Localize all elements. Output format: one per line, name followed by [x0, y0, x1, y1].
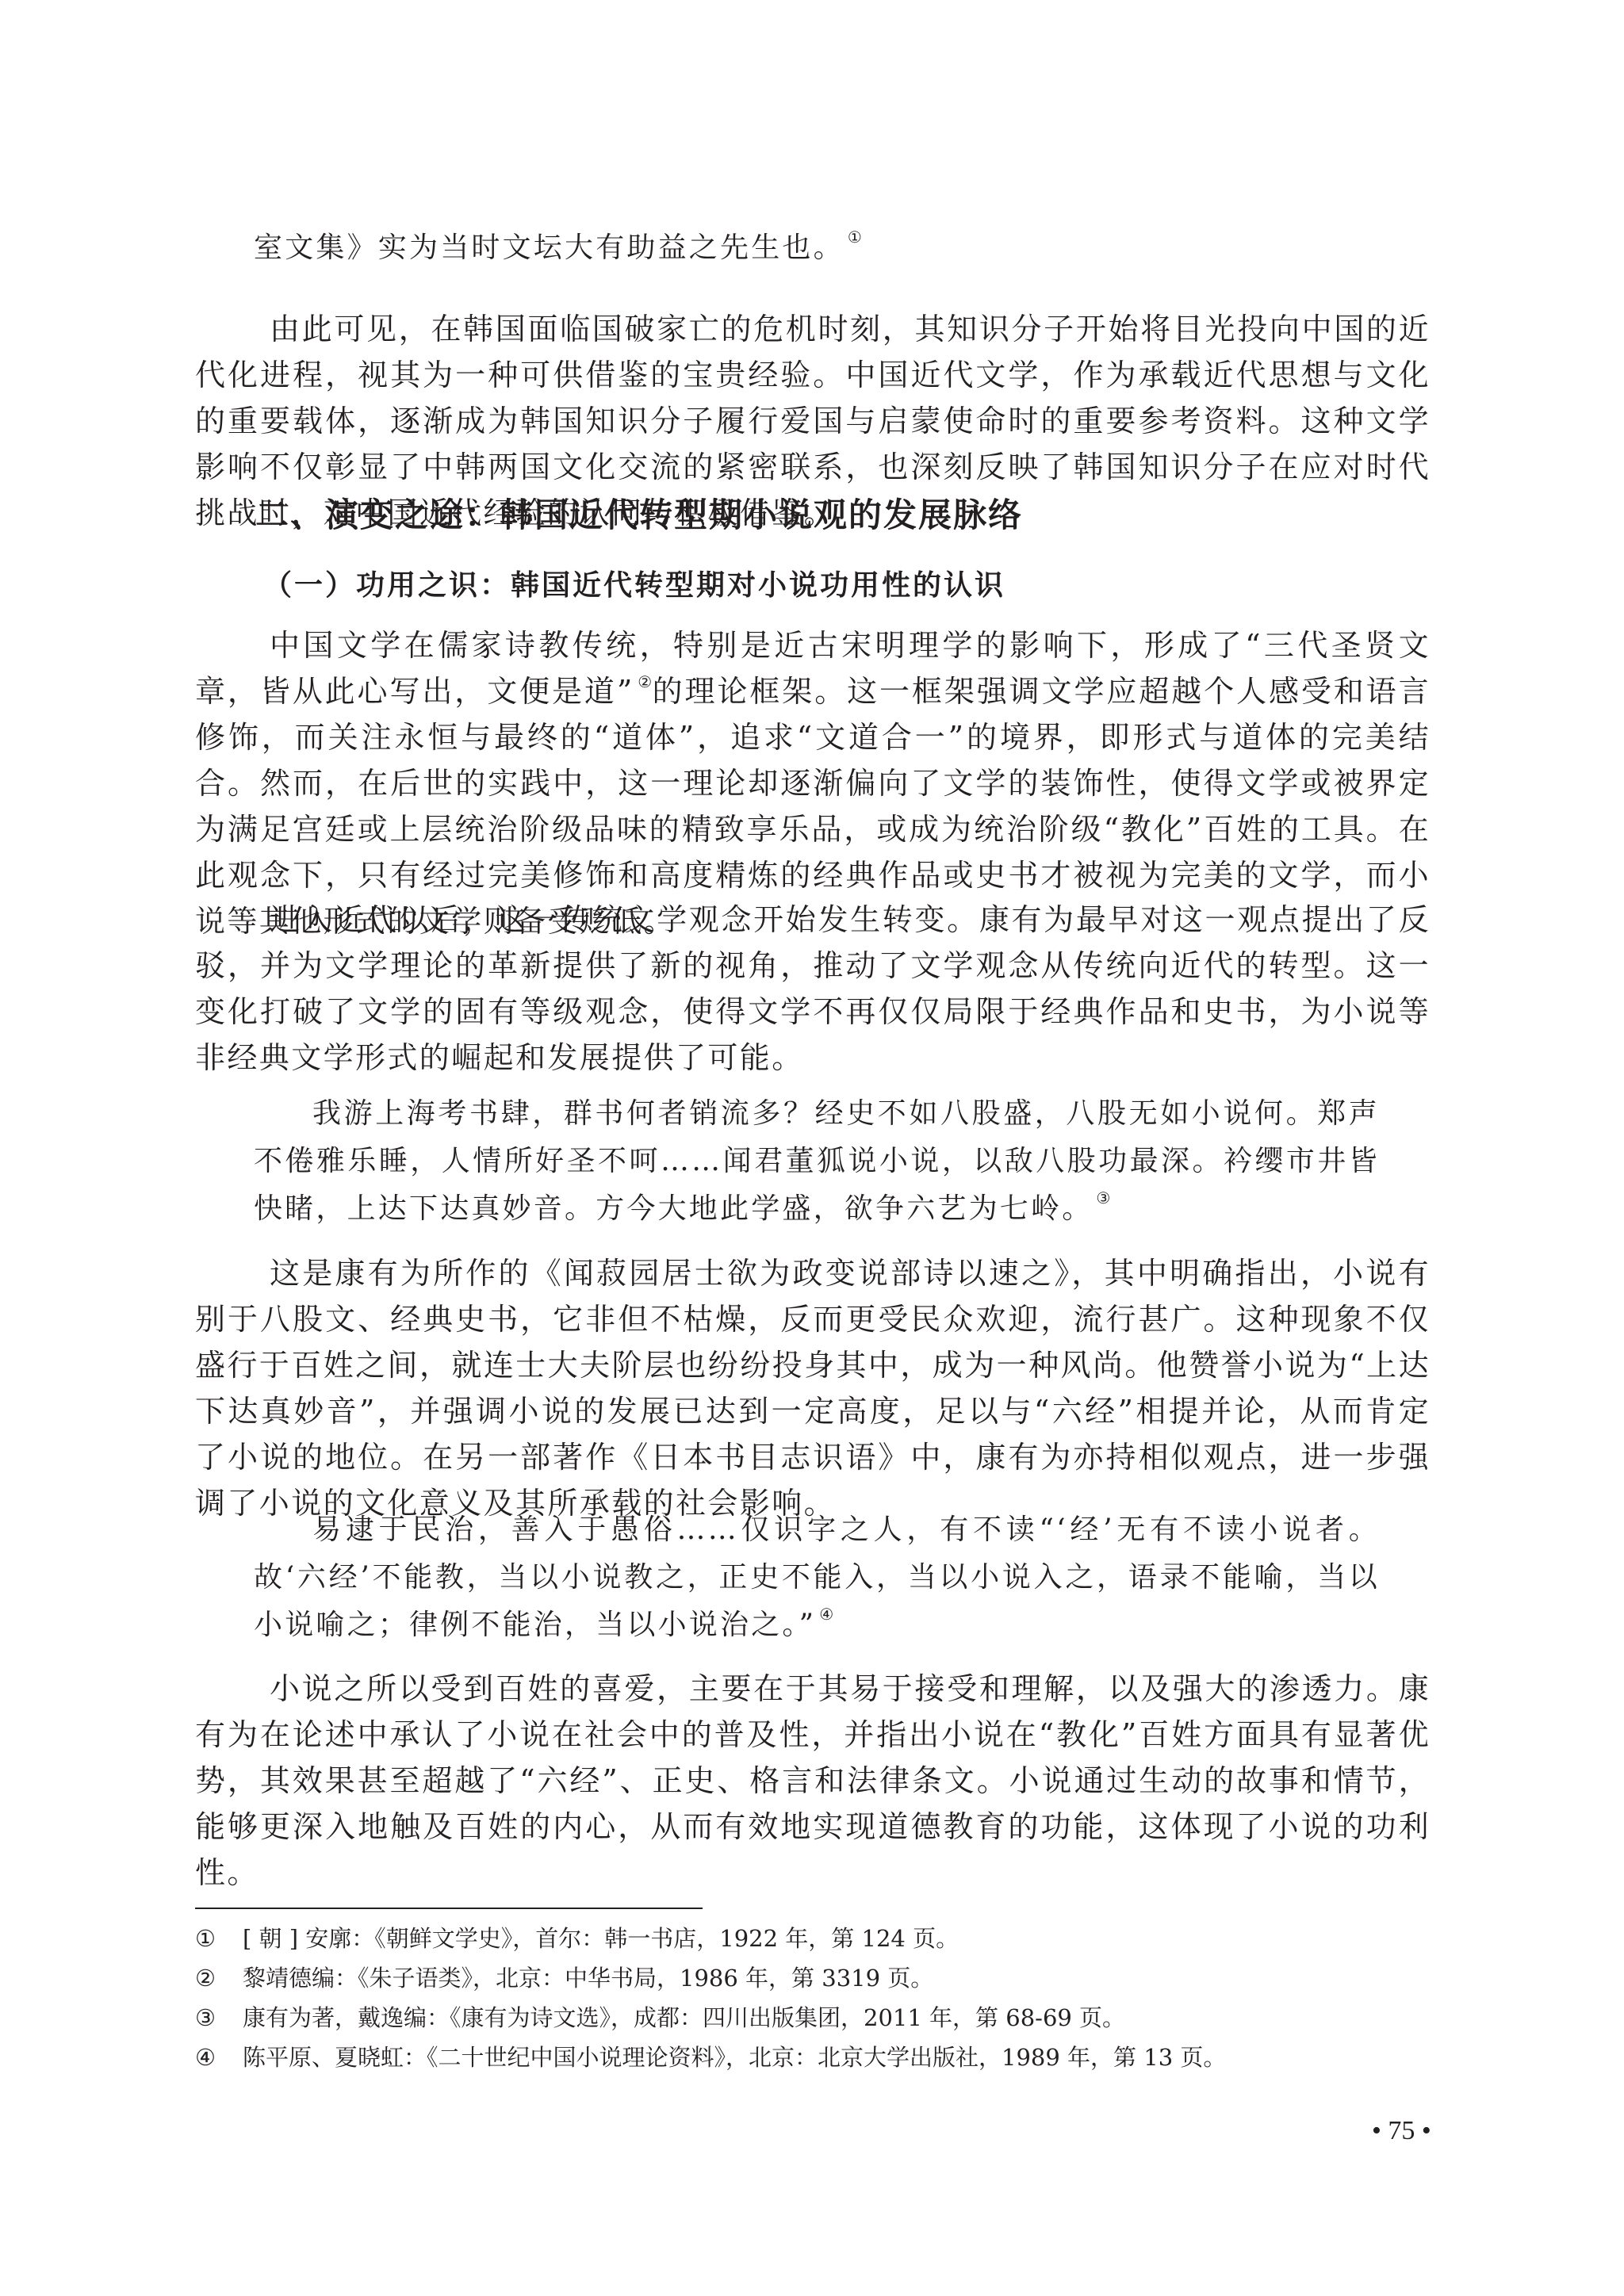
block-quote-1-text: 我游上海考书肆，群书何者销流多？经史不如八股盛，八股无如小说何。郑声不倦雅乐睡，…: [254, 1097, 1380, 1225]
footnote-1: ①[ 朝 ] 安廓：《朝鲜文学史》，首尔：韩一书店，1922 年，第 124 页…: [195, 1919, 1431, 1958]
footnote-ref-1[interactable]: ①: [848, 228, 862, 247]
page-number: • 75 •: [1372, 2115, 1431, 2147]
body-paragraph-5: 小说之所以受到百姓的喜爱，主要在于其易于接受和理解，以及强大的渗透力。康有为在论…: [195, 1666, 1431, 1896]
footnote-mark-1: ①: [195, 1919, 243, 1958]
footnote-mark-2: ②: [195, 1958, 243, 1998]
subsection-heading: （一）功用之识：韩国近代转型期对小说功用性的认识: [263, 565, 1005, 605]
footnote-3: ③康有为著，戴逸编：《康有为诗文选》，成都：四川出版集团，2011 年，第 68…: [195, 1998, 1431, 2038]
footnote-text-2: 黎靖德编：《朱子语类》，北京：中华书局，1986 年，第 3319 页。: [243, 1965, 933, 1992]
block-quote-2-text: 易逮于民治，善入于愚俗……仅识字之人，有不读“‘经’无有不读小说者。故‘六经’不…: [254, 1513, 1380, 1641]
footnote-mark-3: ③: [195, 1998, 243, 2038]
footnote-separator: [195, 1908, 703, 1909]
footnote-ref-4[interactable]: ④: [819, 1605, 833, 1624]
footnote-text-1: [ 朝 ] 安廓：《朝鲜文学史》，首尔：韩一书店，1922 年，第 124 页。: [243, 1925, 959, 1952]
continued-quote: 室文集》实为当时文坛大有助益之先生也。①: [254, 224, 1380, 272]
footnote-ref-2[interactable]: ②: [638, 672, 653, 691]
footnote-4: ④陈平原、夏晓虹：《二十世纪中国小说理论资料》，北京：北京大学出版社，1989 …: [195, 2038, 1431, 2077]
footnote-ref-3[interactable]: ③: [1096, 1188, 1110, 1207]
block-quote-1: 我游上海考书肆，群书何者销流多？经史不如八股盛，八股无如小说何。郑声不倦雅乐睡，…: [254, 1090, 1380, 1233]
footnote-2: ②黎靖德编：《朱子语类》，北京：中华书局，1986 年，第 3319 页。: [195, 1958, 1431, 1998]
body-paragraph-4: 这是康有为所作的《闻菽园居士欲为政变说部诗以速之》，其中明确指出，小说有别于八股…: [195, 1250, 1431, 1526]
block-quote-2: 易逮于民治，善入于愚俗……仅识字之人，有不读“‘经’无有不读小说者。故‘六经’不…: [254, 1506, 1380, 1649]
footnote-text-3: 康有为著，戴逸编：《康有为诗文选》，成都：四川出版集团，2011 年，第 68-…: [243, 2004, 1125, 2031]
footnote-text-4: 陈平原、夏晓虹：《二十世纪中国小说理论资料》，北京：北京大学出版社，1989 年…: [243, 2044, 1226, 2071]
body-paragraph-3: 进入近代以后，这一传统文学观念开始发生转变。康有为最早对这一观点提出了反驳，并为…: [195, 897, 1431, 1081]
continued-quote-text: 室文集》实为当时文坛大有助益之先生也。: [254, 232, 845, 264]
section-heading: 二、演变之途：韩国近代转型期小说观的发展脉络: [255, 493, 1023, 538]
footnote-mark-4: ④: [195, 2038, 243, 2077]
